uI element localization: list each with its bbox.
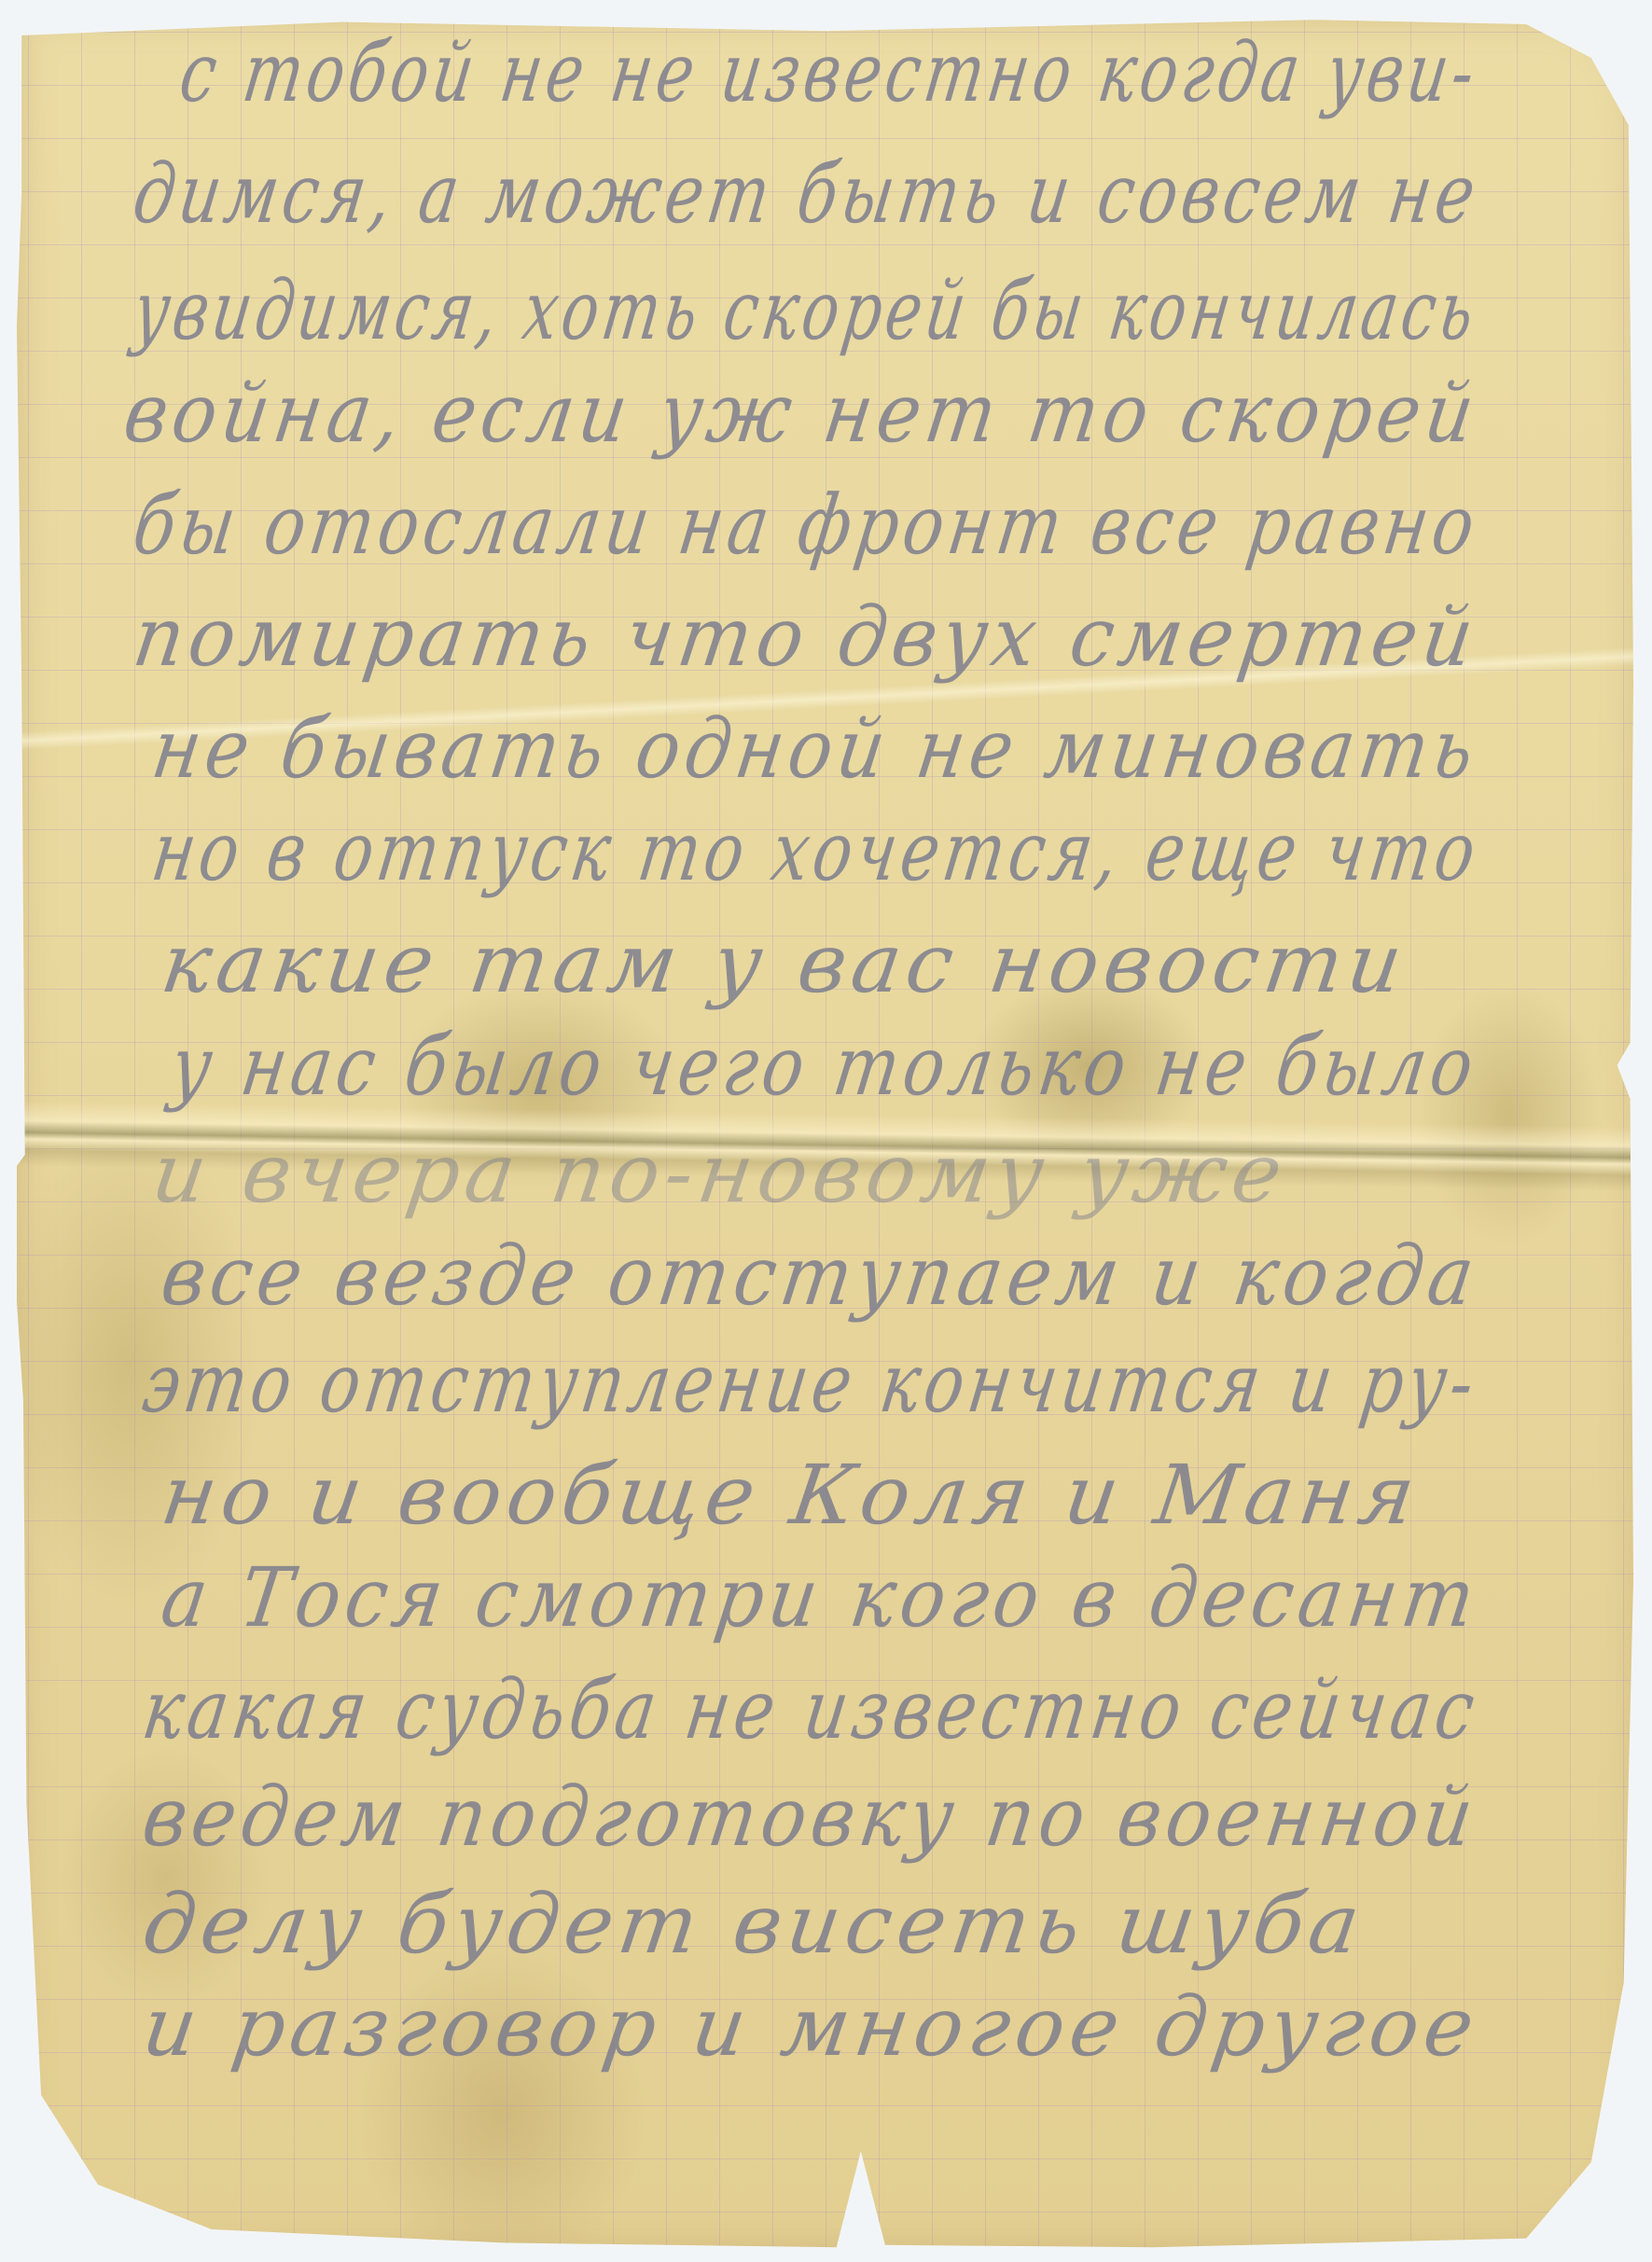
scanned-letter: с тобой не не известно когда уви- димся,… xyxy=(0,0,1652,2262)
letter-line-4: война, если уж нет то скорей xyxy=(119,372,1484,454)
letter-line-19: и разговор и многое другое xyxy=(138,1986,1484,2068)
letter-line-1: с тобой не не известно когда уви- xyxy=(175,32,1483,114)
letter-line-5: бы отослали на фронт все равно xyxy=(129,484,1484,566)
letter-page: с тобой не не известно когда уви- димся,… xyxy=(17,13,1640,2252)
letter-line-8: но в отпуск то хочется, еще что xyxy=(147,811,1484,893)
letter-line-12: все везде отступаем и когда xyxy=(157,1235,1484,1317)
handwritten-text: с тобой не не известно когда уви- димся,… xyxy=(17,13,1640,2252)
letter-line-9: какие там у вас новости xyxy=(157,923,1412,1005)
letter-line-17: ведем подготовку по военной xyxy=(138,1776,1483,1858)
letter-line-2: димся, а может быть и совсем не xyxy=(129,153,1484,235)
letter-line-14: но и вообще Коля и Маня xyxy=(157,1454,1425,1536)
letter-line-3: увидимся, хоть скорей бы кончилась xyxy=(129,270,1483,352)
letter-line-11: и вчера по-новому уже xyxy=(147,1132,1293,1214)
letter-line-13: это отступление кончится и ру- xyxy=(138,1342,1483,1424)
letter-line-7: не бывать одной не миновать xyxy=(147,708,1483,790)
letter-line-15: а Тося смотри кого в десант xyxy=(157,1557,1484,1639)
letter-line-18: делу будет висеть шуба xyxy=(138,1883,1369,1965)
letter-line-10: у нас было чего только не было xyxy=(166,1025,1482,1107)
letter-line-16: какая судьба не известно сейчас xyxy=(138,1669,1483,1751)
letter-line-6: помирать что двух смертей xyxy=(129,596,1483,678)
